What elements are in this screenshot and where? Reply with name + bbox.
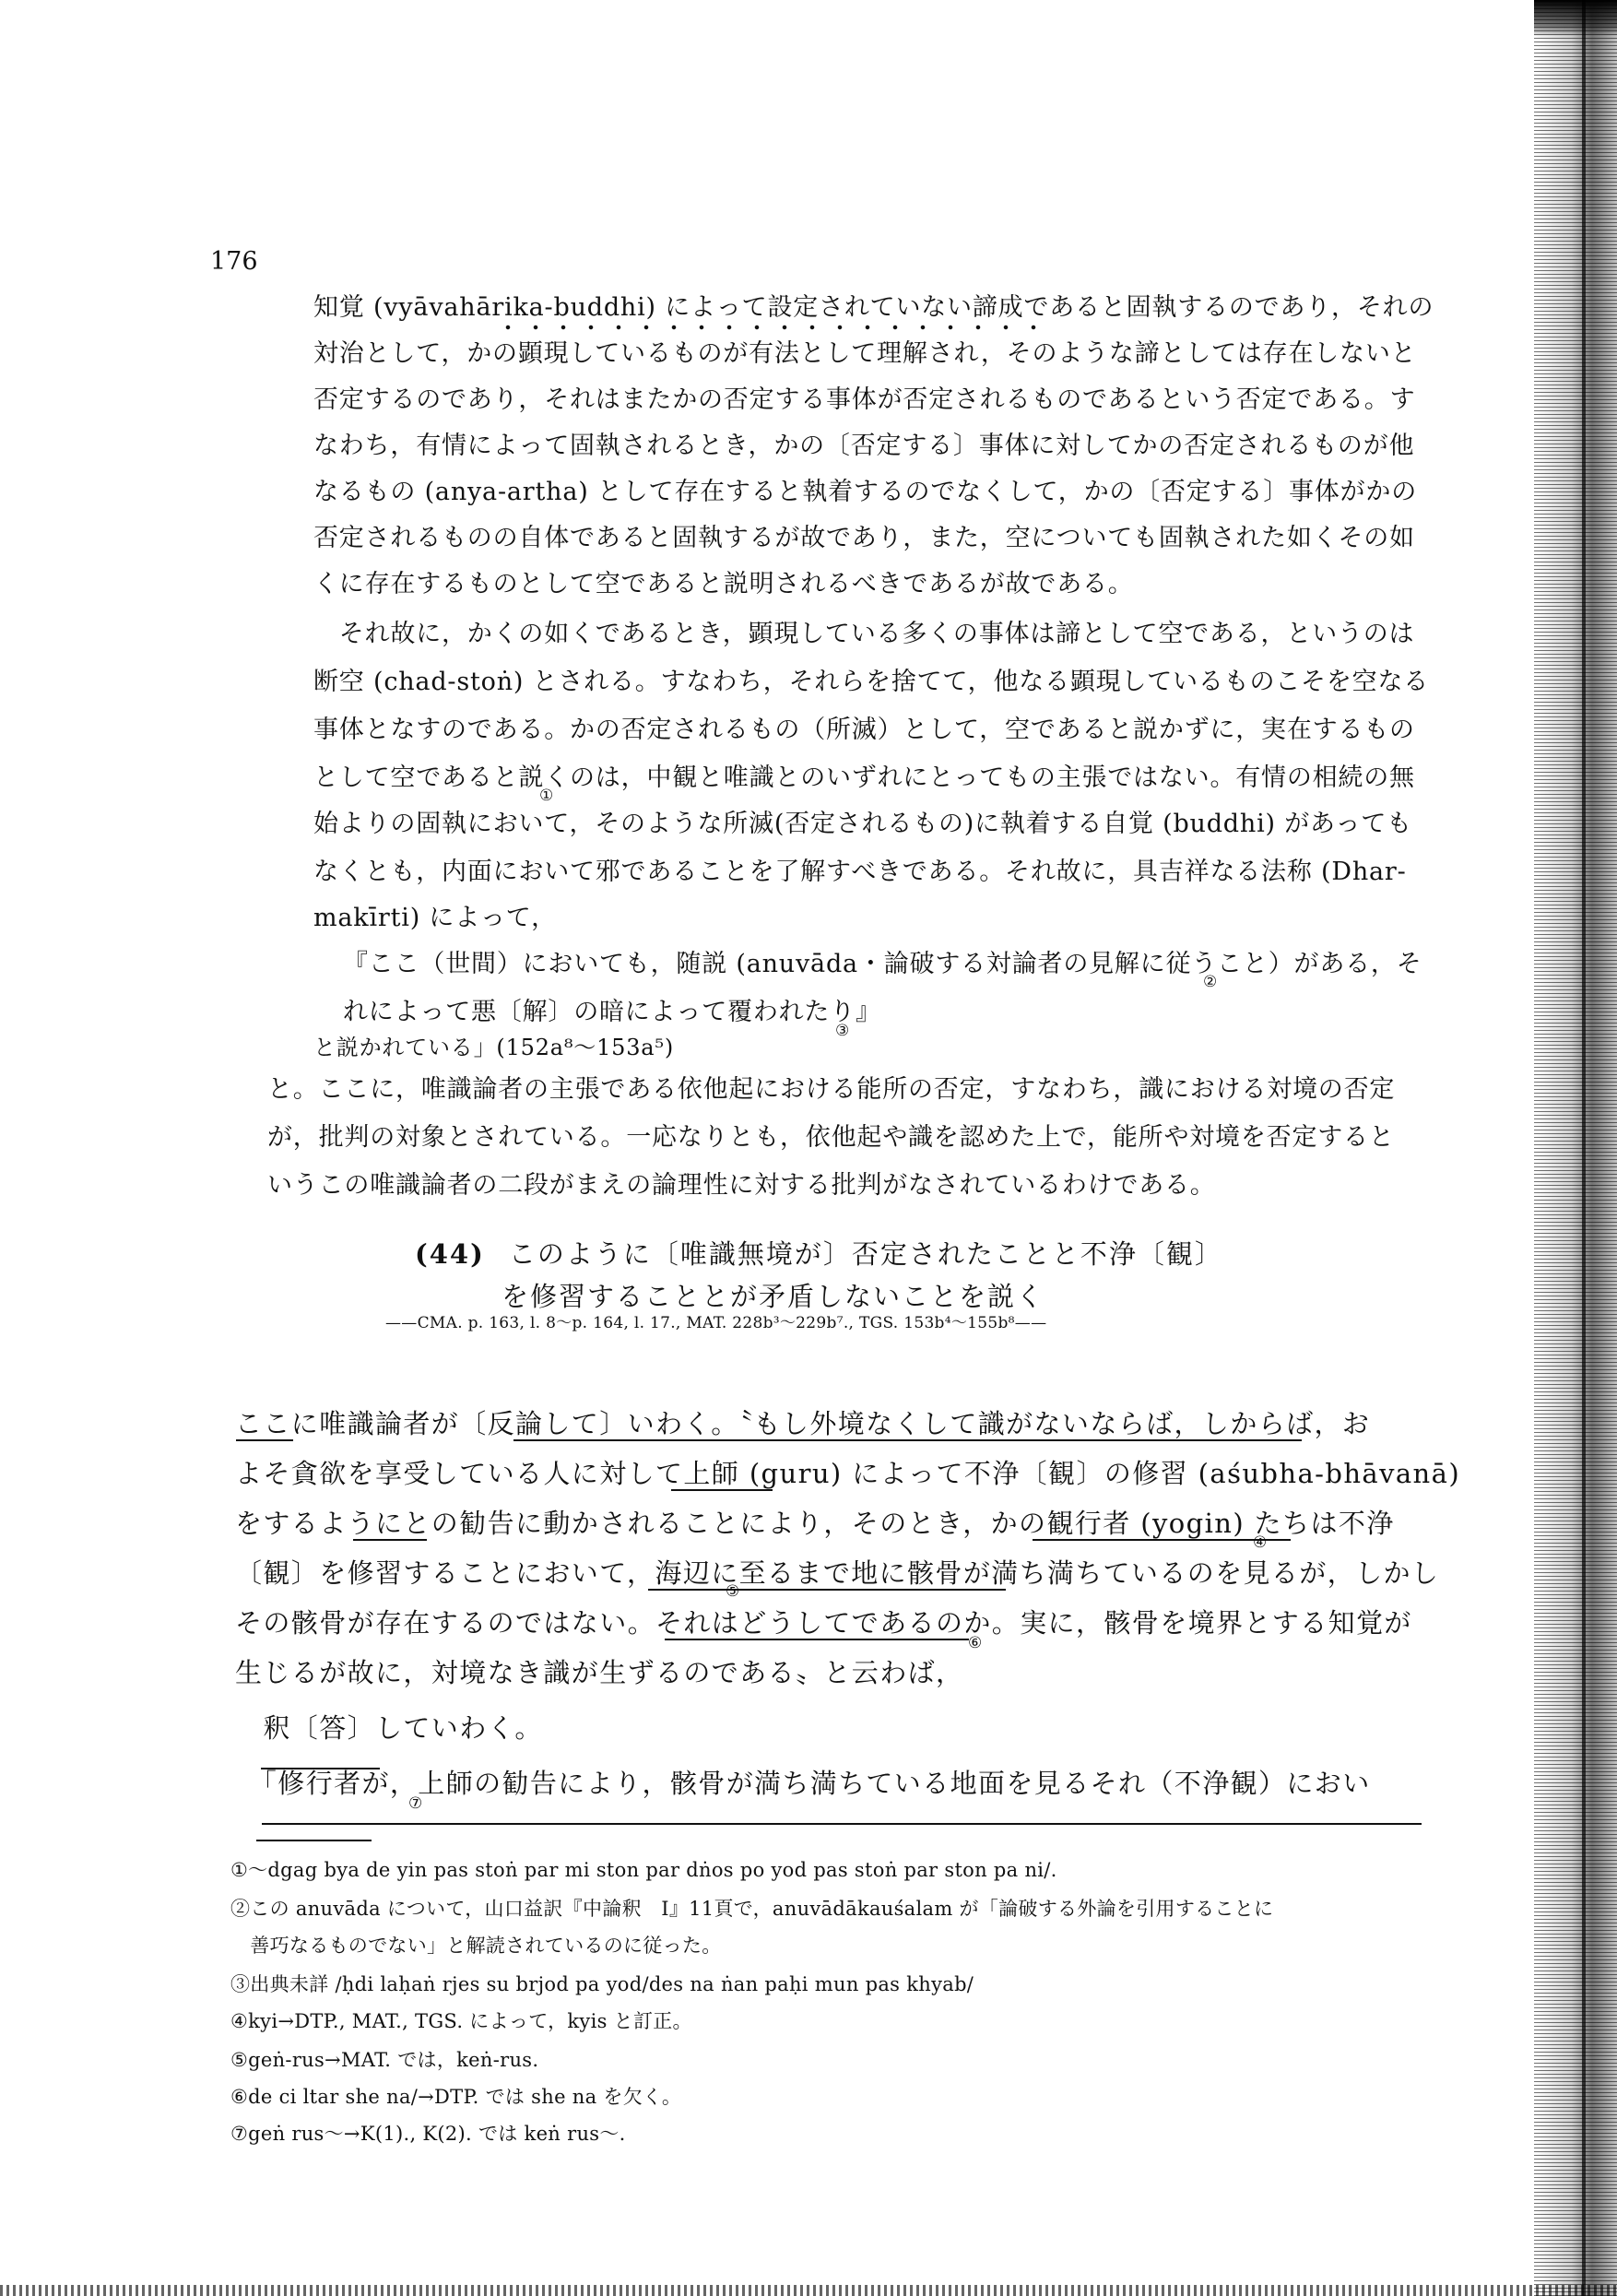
section-number: (44): [415, 1238, 485, 1270]
quote-citation: と説かれている」(152a⁸～153a⁵): [313, 1033, 674, 1062]
note-marker-7[interactable]: ⑦: [408, 1796, 422, 1812]
text-line: なくとも，内面において邪であることを了解すべきである。それ故に，具吉祥なる法称 …: [313, 858, 1407, 887]
quote-line: 『ここ（世間）においても，随説 (anuvāda・論破する対論者の見解に従うこと…: [343, 950, 1422, 979]
underline: [288, 1768, 380, 1769]
underline: [1033, 1539, 1291, 1541]
underline: [262, 1823, 1422, 1825]
text-line: makīrti) によって，: [313, 904, 557, 933]
translation-line: 〔観〕を修習することにおいて，海辺に至るまで地に骸骨が満ち満ちているのを見るが，…: [235, 1558, 1439, 1588]
translation-line: 「修行者が，上師の勧告により，骸骨が満ち満ちている地面を見るそれ（不浄観）におい: [235, 1769, 1371, 1798]
underline: [648, 1589, 1006, 1591]
note-marker-4[interactable]: ④: [1253, 1535, 1267, 1551]
text-line: それ故に，かくの如くであるとき，顕現している多くの事体は諦として空である，という…: [313, 620, 1414, 649]
underline: [236, 1439, 293, 1441]
section-heading-cont: を修習することとが矛盾しないことを説く: [502, 1276, 1045, 1314]
section-title-line2: を修習することとが矛盾しないことを説く: [502, 1281, 1045, 1312]
note-marker-1[interactable]: ①: [539, 788, 553, 804]
emphasis-dots: [494, 325, 1038, 330]
footnote-2: ②この anuvāda について，山口益訳『中論釈 Ⅰ』11頁で，anuvādā…: [230, 1894, 1273, 1922]
footnote-2-cont: 善巧なるものでない」と解読されているのに従った。: [230, 1931, 722, 1959]
scan-edge-artifact: [1534, 0, 1617, 2296]
text-line: 始よりの固執において，そのような所滅(否定されるもの)に執着する自覚 (budd…: [313, 810, 1412, 839]
footnote-6: ⑥de ci ltar she na/→DTP. では she na を欠く。: [230, 2082, 681, 2110]
text-line: 知覚 (vyāvahārika-buddhi) によって設定されていない諦成であ…: [313, 293, 1434, 323]
text-line: 対治として，かの顕現しているものが有法として理解され，そのような諦としては存在し…: [313, 339, 1416, 369]
text-line: くに存在するものとして空であると説明されるべきであるが故である。: [313, 570, 1134, 599]
note-marker-3[interactable]: ③: [835, 1024, 849, 1039]
translation-line: 生じるが故に，対境なき識が生ずるのである〟と云わば，: [235, 1658, 963, 1687]
translation-line: ここに唯識論者が〔反論して〕いわく。〝もし外境なくして識がないならば，しからば，…: [235, 1409, 1370, 1438]
translation-line: よそ貪欲を享受している人に対して上師 (guru) によって不浄〔観〕の修習 (…: [235, 1459, 1460, 1488]
footnote-rule: [256, 1840, 372, 1841]
section-title-line1: このように〔唯識無境が〕否定されたことと不浄〔観〕: [509, 1238, 1223, 1270]
text-line: 否定されるものの自体であると固執するが故であり，また，空についても固執された如く…: [313, 524, 1415, 553]
footnote-3: ③出典未詳 /ḥdi laḥaṅ rjes su brjod pa yod/de…: [230, 1970, 974, 1997]
note-marker-6[interactable]: ⑥: [968, 1636, 982, 1651]
scan-bottom-artifact: [0, 2285, 1617, 2296]
note-marker-5[interactable]: ⑤: [726, 1584, 739, 1600]
translation-line: その骸骨が存在するのではない。それはどうしてであるのか。実に，骸骨を境界とする知…: [235, 1608, 1412, 1638]
quote-line: れによって悪〔解〕の暗によって覆われたり』: [343, 998, 881, 1027]
text-line: 否定するのであり，それはまたかの否定する事体が否定されるものであるという否定であ…: [313, 385, 1415, 415]
text-line: いうこの唯識論者の二段がまえの論理性に対する批判がなされているわけである。: [267, 1171, 1216, 1201]
underline: [671, 1489, 773, 1491]
section-heading: (44)このように〔唯識無境が〕否定されたことと不浄〔観〕: [415, 1234, 1223, 1272]
translation-line: をするようにとの勧告に動かされることにより，そのとき，かの観行者 (yogin)…: [235, 1509, 1395, 1538]
text-line: と。ここに，唯識論者の主張である依他起における能所の否定，すなわち，識における対…: [267, 1075, 1395, 1105]
underline: [513, 1439, 1302, 1441]
text-line: なわち，有情によって固執されるとき，かの〔否定する〕事体に対してかの否定されるも…: [313, 432, 1414, 461]
text-line: なるもの (anya-artha) として存在すると執着するのでなくして，かの〔…: [313, 478, 1417, 507]
translation-line: 釈〔答〕していわく。: [235, 1713, 543, 1743]
footnote-1: ①～dgag bya de yin pas stoṅ par mi ston p…: [230, 1855, 1057, 1883]
underline: [353, 1539, 427, 1541]
note-marker-2[interactable]: ②: [1203, 975, 1217, 990]
text-line: が，批判の対象とされている。一応なりとも，依他起や識を認めた上で，能所や対境を否…: [267, 1123, 1395, 1153]
underline: [665, 1639, 969, 1640]
source-citation: ——CMA. p. 163, l. 8～p. 164, l. 17., MAT.…: [385, 1309, 1046, 1332]
text-line: 事体となすのである。かの否定されるもの（所滅）として，空であると説かずに，実在す…: [313, 716, 1415, 745]
underline: [261, 1768, 289, 1769]
footnote-4: ④kyi→DTP., MAT., TGS. によって，kyis と訂正。: [230, 2006, 692, 2034]
page-number: 176: [210, 247, 258, 276]
text-line: 断空 (chad-stoṅ) とされる。すなわち，それらを捨てて，他なる顕現して…: [313, 668, 1429, 697]
footnote-5: ⑤geṅ-rus→MAT. では，keṅ-rus.: [230, 2045, 538, 2073]
text-line: として空であると説くのは，中観と唯識とのいずれにとってもの主張ではない。有情の相…: [313, 763, 1415, 793]
footnote-7: ⑦geṅ rus～→K(1)., K(2). では keṅ rus～.: [230, 2119, 626, 2147]
